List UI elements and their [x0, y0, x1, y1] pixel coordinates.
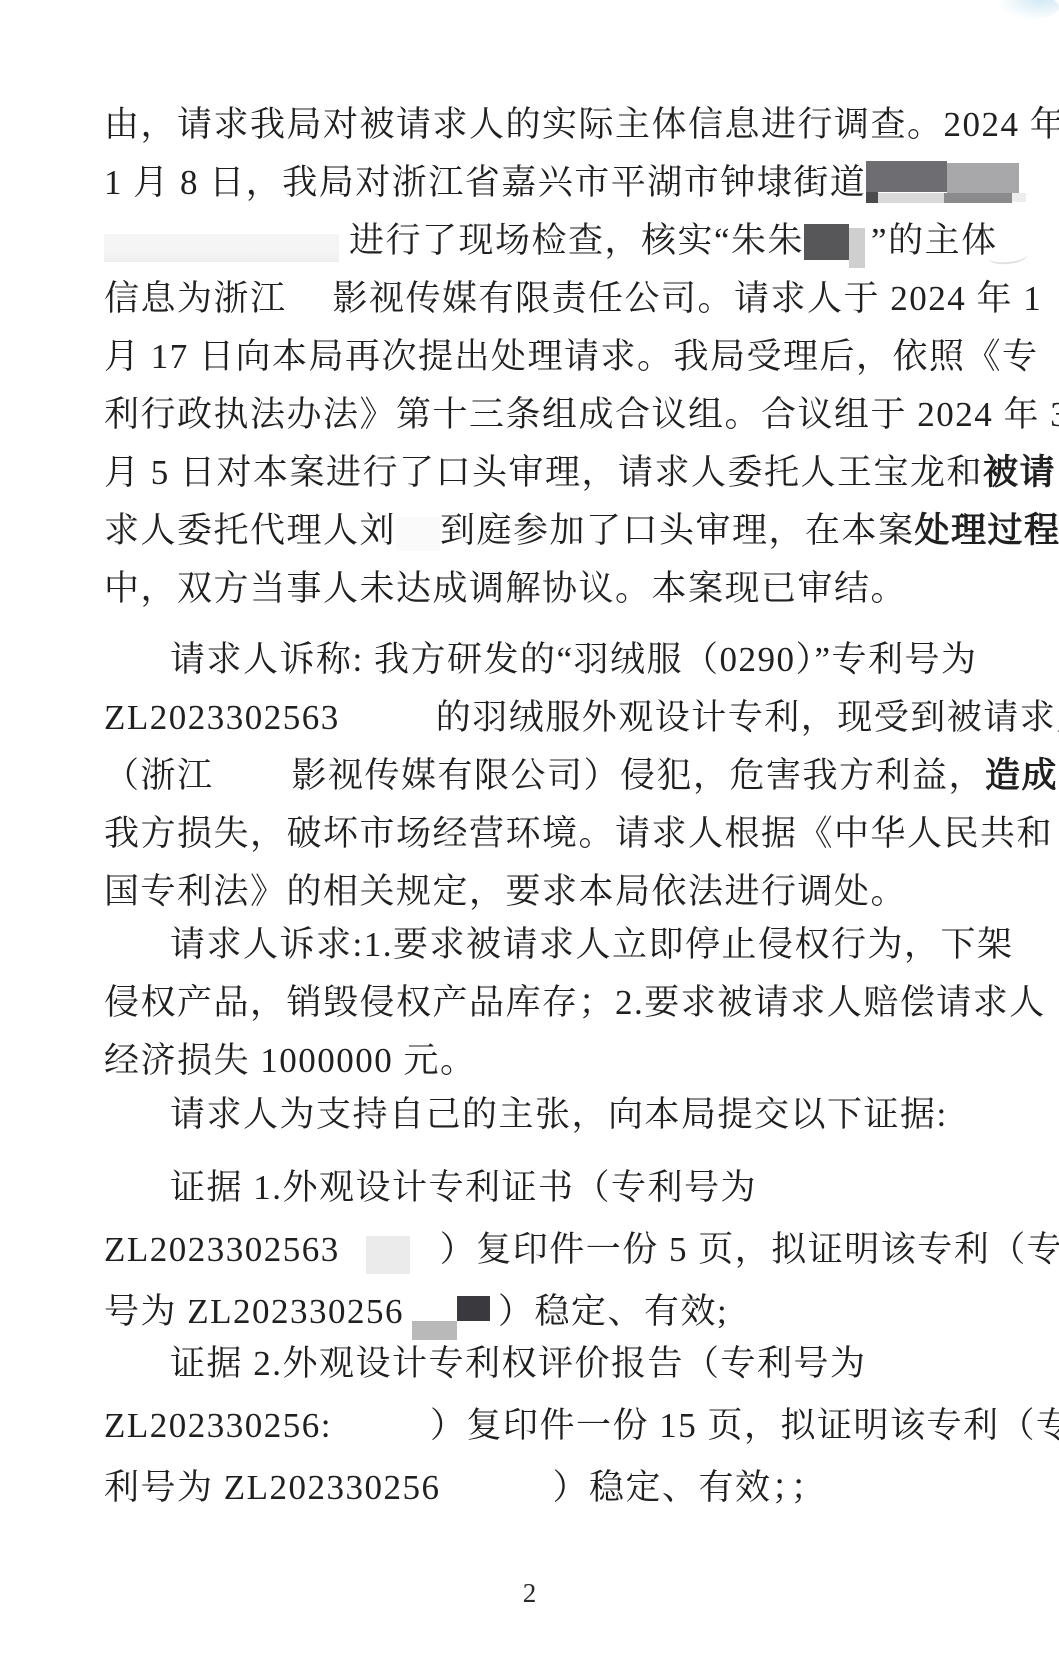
text-line: ZL2023302563）复印件一份 5 页，拟证明该专利（专利	[104, 1219, 984, 1281]
scan-smudge-artifact	[999, 0, 1059, 20]
text-line: 证据 2.外观设计专利权评价报告（专利号为	[104, 1333, 984, 1395]
document-page: 由，请求我局对被请求人的实际主体信息进行调查。2024 年 1 月 8 日，我局…	[0, 0, 1059, 1669]
paragraph-1: 由，请求我局对被请求人的实际主体信息进行调查。2024 年 1 月 8 日，我局…	[104, 96, 984, 618]
line-text: 利号为 ZL202330256	[104, 1468, 441, 1507]
whiteout-gap	[396, 517, 440, 551]
text-line: 中，双方当事人未达成调解协议。本案现已审结。	[104, 560, 984, 618]
text-line: 利行政执法办法》第十三条组成合议组。合议组于 2024 年 3	[104, 386, 984, 444]
line-text: 被请	[983, 453, 1056, 492]
text-line: 由，请求我局对被请求人的实际主体信息进行调查。2024 年	[104, 96, 984, 154]
line-text: ZL2023302563	[104, 698, 340, 737]
line-text: 的羽绒服外观设计专利，现受到被请求人	[436, 698, 1059, 737]
text-line: 利号为 ZL202330256）稳定、有效；；	[104, 1457, 984, 1519]
line-text: 侵权产品，销毁侵权产品库存；2.要求被请求人赔偿请求人	[104, 983, 1046, 1022]
text-line: 请求人诉求:1.要求被请求人立即停止侵权行为，下架	[104, 916, 984, 974]
text-line: 请求人为支持自己的主张，向本局提交以下证据:	[104, 1086, 984, 1144]
line-text: 影视传媒有限责任公司。请求人于 2024 年 1	[333, 279, 1043, 318]
line-text: 到庭参加了口头审理，在本案	[440, 511, 915, 550]
redaction-block-faint	[104, 234, 339, 262]
text-line: ZL2023302563的羽绒服外观设计专利，现受到被请求人	[104, 689, 984, 747]
text-line: 我方损失，破坏市场经营环境。请求人根据《中华人民共和	[104, 805, 984, 863]
line-text: 请求人诉称: 我方研发的“羽绒服（0290）”专利号为	[170, 640, 978, 679]
text-line: 月 5 日对本案进行了口头审理，请求人委托人王宝龙和被请	[104, 444, 984, 502]
line-text: ）稳定、有效;	[498, 1292, 728, 1331]
redaction-block-dark	[804, 224, 849, 260]
redaction-block-mosaic	[866, 161, 1026, 203]
redaction-block-faint	[366, 1236, 410, 1274]
line-text: 月 17 日向本局再次提出处理请求。我局受理后，依照《专	[104, 337, 1039, 376]
line-text: ”的主体	[871, 221, 998, 260]
whiteout-gap	[332, 1427, 430, 1437]
line-text: ）复印件一份 15 页，拟证明该专利（专	[430, 1406, 1059, 1445]
text-line: 进行了现场检查，核实“朱朱”的主体	[104, 212, 984, 270]
page-number: 2	[0, 1578, 1059, 1609]
line-text: 信息为浙江	[104, 279, 287, 318]
text-line: ZL202330256:）复印件一份 15 页，拟证明该专利（专	[104, 1395, 984, 1457]
paragraph-2: 请求人诉称: 我方研发的“羽绒服（0290）”专利号为 ZL2023302563…	[104, 631, 984, 921]
text-line: 请求人诉称: 我方研发的“羽绒服（0290）”专利号为	[104, 631, 984, 689]
line-text: 进行了现场检查，核实“朱朱	[349, 221, 804, 260]
line-text: （浙江	[104, 756, 214, 795]
text-line: 国专利法》的相关规定，要求本局依法进行调处。	[104, 863, 984, 921]
text-line: 求人委托代理人刘到庭参加了口头审理，在本案处理过程	[104, 502, 984, 560]
line-text: 证据 1.外观设计专利证书（专利号为	[170, 1168, 757, 1207]
text-line: （浙江影视传媒有限公司）侵犯，危害我方利益，造成	[104, 747, 984, 805]
whiteout-gap	[287, 300, 333, 310]
line-text: 请求人为支持自己的主张，向本局提交以下证据:	[170, 1095, 948, 1134]
line-text: 中，双方当事人未达成调解协议。本案现已审结。	[104, 569, 907, 608]
paragraph-3: 请求人诉求:1.要求被请求人立即停止侵权行为，下架 侵权产品，销毁侵权产品库存；…	[104, 916, 984, 1090]
whiteout-gap	[441, 1489, 553, 1499]
redaction-block-strip	[849, 228, 865, 268]
line-text: 造成	[985, 756, 1058, 795]
line-text: 影视传媒有限公司）侵犯，危害我方利益，	[292, 756, 986, 795]
line-text: ZL202330256:	[104, 1406, 332, 1445]
line-text: 处理过程	[915, 511, 1059, 550]
text-line: 经济损失 1000000 元。	[104, 1032, 984, 1090]
line-text: ZL2023302563	[104, 1230, 340, 1269]
line-text: 请求人诉求:1.要求被请求人立即停止侵权行为，下架	[170, 925, 1013, 964]
line-text: 求人委托代理人刘	[104, 511, 396, 550]
line-text: ）复印件一份 5 页，拟证明该专利（专利	[440, 1230, 1059, 1269]
text-line: 信息为浙江影视传媒有限责任公司。请求人于 2024 年 1	[104, 270, 984, 328]
text-line: 侵权产品，销毁侵权产品库存；2.要求被请求人赔偿请求人	[104, 974, 984, 1032]
line-text: 经济损失 1000000 元。	[104, 1041, 477, 1080]
line-text: 利行政执法办法》第十三条组成合议组。合议组于 2024 年 3	[104, 395, 1059, 434]
line-text: 我方损失，破坏市场经营环境。请求人根据《中华人民共和	[104, 814, 1053, 853]
text-line: 证据 1.外观设计专利证书（专利号为	[104, 1157, 984, 1219]
line-text: 证据 2.外观设计专利权评价报告（专利号为	[170, 1344, 867, 1383]
line-text: ）稳定、有效；；	[553, 1468, 828, 1507]
whiteout-gap	[214, 777, 292, 787]
line-text: 由，请求我局对被请求人的实际主体信息进行调查。2024 年	[104, 105, 1059, 144]
paragraph-6: 证据 2.外观设计专利权评价报告（专利号为 ZL202330256:）复印件一份…	[104, 1333, 984, 1519]
text-line: 1 月 8 日，我局对浙江省嘉兴市平湖市钟埭街道	[104, 154, 984, 212]
line-text: 1 月 8 日，我局对浙江省嘉兴市平湖市钟埭街道	[104, 163, 866, 202]
line-text: 号为 ZL202330256	[104, 1292, 404, 1331]
paragraph-5: 证据 1.外观设计专利证书（专利号为 ZL2023302563）复印件一份 5 …	[104, 1157, 984, 1343]
text-line: 月 17 日向本局再次提出处理请求。我局受理后，依照《专	[104, 328, 984, 386]
whiteout-gap	[340, 719, 436, 729]
line-text: 月 5 日对本案进行了口头审理，请求人委托人王宝龙和	[104, 453, 983, 492]
line-text: 国专利法》的相关规定，要求本局依法进行调处。	[104, 872, 907, 911]
paragraph-4: 请求人为支持自己的主张，向本局提交以下证据:	[104, 1086, 984, 1144]
